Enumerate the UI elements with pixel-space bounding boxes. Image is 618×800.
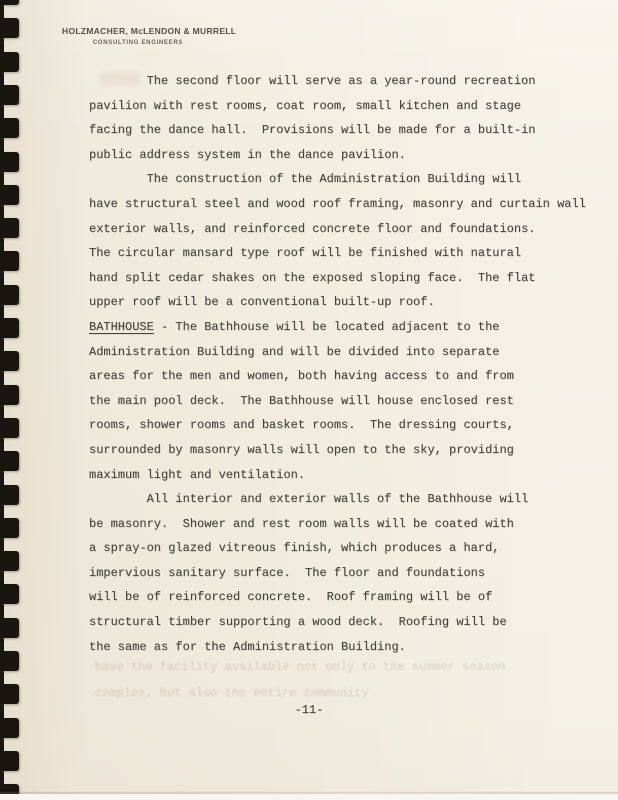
text-line: the same as for the Administration Build… <box>89 635 594 660</box>
text-line: a spray-on glazed vitreous finish, which… <box>89 536 594 561</box>
text-line: All interior and exterior walls of the B… <box>89 487 594 512</box>
text-line: be masonry. Shower and rest room walls w… <box>89 512 594 537</box>
binding-tooth <box>0 518 19 538</box>
page-number: -11- <box>0 703 618 717</box>
binding-tooth <box>0 285 19 305</box>
paragraph: BATHHOUSE - The Bathhouse will be locate… <box>89 315 594 487</box>
letterhead-firm-name: HOLZMACHER, McLENDON & MURRELL <box>62 26 214 36</box>
text-line: public address system in the dance pavil… <box>89 143 594 168</box>
surface-below-page <box>0 794 618 800</box>
binding-tooth <box>0 0 19 5</box>
text-line: rooms, shower rooms and basket rooms. Th… <box>89 413 594 438</box>
scanned-report-page: HOLZMACHER, McLENDON & MURRELL CONSULTIN… <box>0 0 618 800</box>
binding-tooth <box>0 152 19 172</box>
binding-tooth <box>0 52 19 72</box>
text-line: BATHHOUSE - The Bathhouse will be locate… <box>89 315 594 340</box>
binding-tooth <box>0 651 19 671</box>
binding-tooth <box>0 185 19 205</box>
text-after-heading: - The Bathhouse will be located adjacent… <box>154 320 500 334</box>
binding-tooth <box>0 551 19 571</box>
text-line: pavilion with rest rooms, coat room, sma… <box>89 94 594 119</box>
binding-tooth <box>0 618 19 638</box>
letterhead: HOLZMACHER, McLENDON & MURRELL CONSULTIN… <box>62 26 214 46</box>
binding-tooth <box>0 318 19 338</box>
letterhead-subtitle: CONSULTING ENGINEERS <box>62 40 214 46</box>
binding-tooth <box>0 451 19 471</box>
binding-tooth <box>0 485 19 505</box>
binding-tooth <box>0 684 19 704</box>
text-line: Administration Building and will be divi… <box>89 340 594 365</box>
text-line: facing the dance hall. Provisions will b… <box>89 118 594 143</box>
text-line: structural timber supporting a wood deck… <box>89 610 594 635</box>
binding-tooth <box>0 251 19 271</box>
text-line: exterior walls, and reinforced concrete … <box>89 217 594 242</box>
text-line: areas for the men and women, both having… <box>89 364 594 389</box>
binding-tooth <box>0 18 19 38</box>
text-line: the main pool deck. The Bathhouse will h… <box>89 389 594 414</box>
binding-tooth <box>0 118 19 138</box>
comb-binding <box>0 0 26 800</box>
text-line: have structural steel and wood roof fram… <box>89 192 594 217</box>
text-line: The second floor will serve as a year-ro… <box>89 69 594 94</box>
bleed-through-text: have the facility available not only to … <box>95 654 505 707</box>
section-heading: BATHHOUSE <box>89 320 154 334</box>
text-line: The circular mansard type roof will be f… <box>89 241 594 266</box>
binding-tooth <box>0 385 19 405</box>
text-line: impervious sanitary surface. The floor a… <box>89 561 594 586</box>
binding-tooth <box>0 584 19 604</box>
binding-tooth <box>0 351 19 371</box>
paragraph: All interior and exterior walls of the B… <box>89 487 594 659</box>
binding-tooth <box>0 718 19 738</box>
paragraph: The second floor will serve as a year-ro… <box>89 69 594 167</box>
binding-tooth <box>0 218 19 238</box>
text-line: hand split cedar shakes on the exposed s… <box>89 266 594 291</box>
binding-tooth <box>0 85 19 105</box>
text-line: The construction of the Administration B… <box>89 167 594 192</box>
text-line: surrounded by masonry walls will open to… <box>89 438 594 463</box>
binding-tooth <box>0 751 19 771</box>
document-body: The second floor will serve as a year-ro… <box>89 69 594 659</box>
text-line: will be of reinforced concrete. Roof fra… <box>89 585 594 610</box>
paragraph: The construction of the Administration B… <box>89 167 594 315</box>
text-line: upper roof will be a conventional built-… <box>89 290 594 315</box>
binding-tooth <box>0 418 19 438</box>
text-line: maximum light and ventilation. <box>89 463 594 488</box>
